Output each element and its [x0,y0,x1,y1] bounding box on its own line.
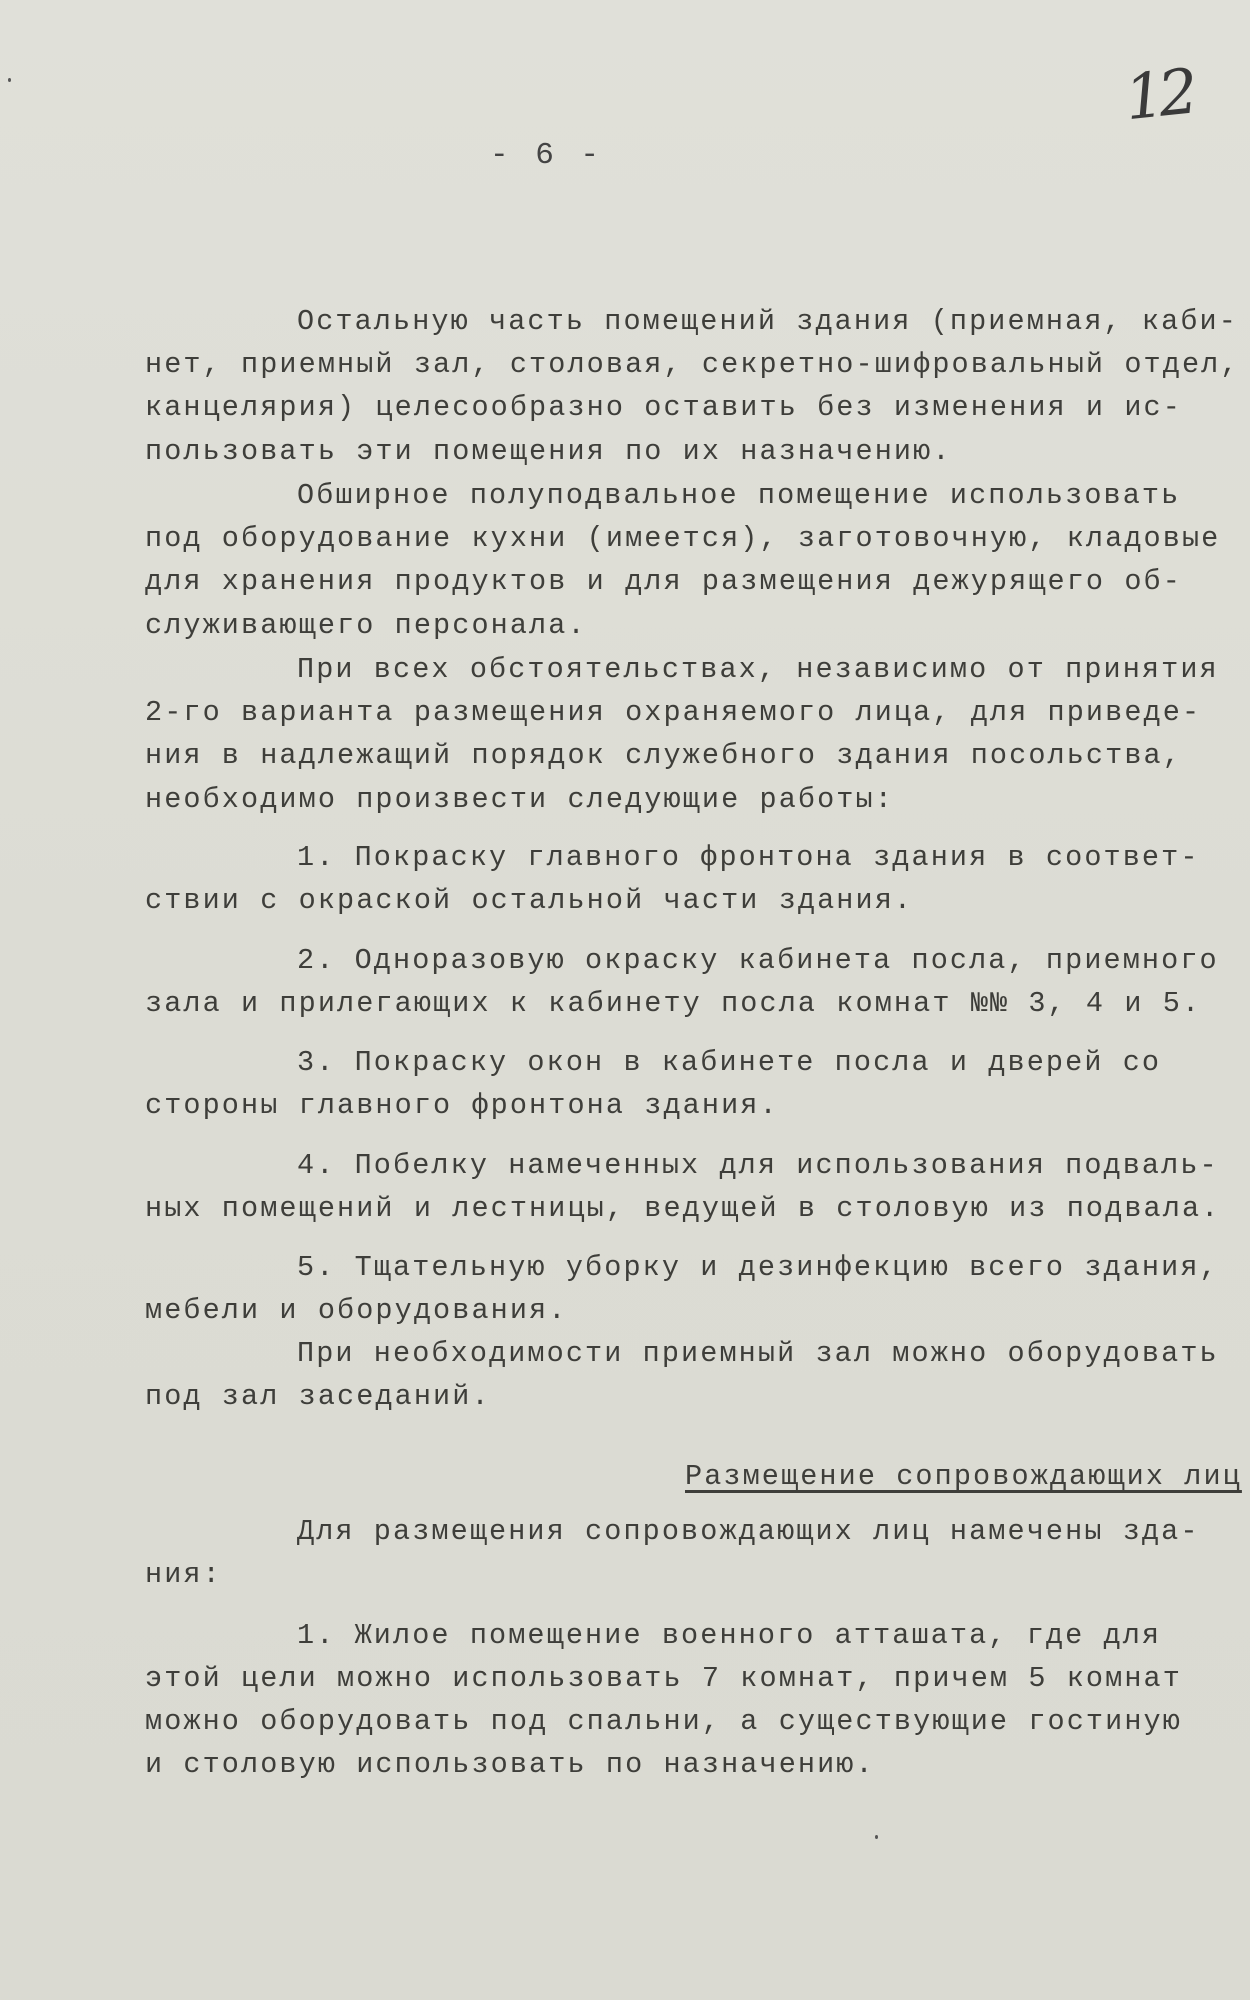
text-line: стороны главного фронтона здания. [145,1084,779,1128]
document-page: 12 - 6 - Остальную часть помещений здани… [0,0,1250,2000]
text-line: При всех обстоятельствах, независимо от … [297,648,1219,692]
text-line: 4. Побелку намеченных для использования … [297,1144,1219,1188]
text-line: 2. Одноразовую окраску кабинета посла, п… [297,939,1219,983]
text-line: При необходимости приемный зал можно обо… [297,1332,1219,1376]
text-line: можно оборудовать под спальни, а существ… [145,1700,1182,1744]
text-line: ных помещений и лестницы, ведущей в стол… [145,1187,1220,1231]
text-line: необходимо произвести следующие работы: [145,778,894,822]
paper-speck [875,1835,878,1839]
text-line: и столовую использовать по назначению. [145,1743,875,1787]
page-number: - 6 - [490,138,603,173]
text-line: под оборудование кухни (имеется), загото… [145,517,1220,561]
text-line: ния в надлежащий порядок служебного здан… [145,734,1182,778]
text-line: пользовать эти помещения по их назначени… [145,430,952,474]
text-line: Обширное полуподвальное помещение исполь… [297,474,1180,518]
text-line: 2-го варианта размещения охраняемого лиц… [145,691,1201,735]
text-line: 1. Покраску главного фронтона здания в с… [297,836,1200,880]
text-line: под зал заседаний. [145,1375,491,1419]
text-line: 3. Покраску окон в кабинете посла и двер… [297,1041,1161,1085]
paper-speck [8,78,11,82]
text-line: нет, приемный зал, столовая, секретно-ши… [145,343,1240,387]
text-line: для хранения продуктов и для размещения … [145,560,1182,604]
handwritten-folio-number: 12 [1121,55,1195,135]
text-line: мебели и оборудования. [145,1289,567,1333]
text-line: канцелярия) целесообразно оставить без и… [145,386,1182,430]
text-line: этой цели можно использовать 7 комнат, п… [145,1657,1182,1701]
text-line: Остальную часть помещений здания (приемн… [297,300,1238,344]
text-line: ствии с окраской остальной части здания. [145,879,913,923]
section-heading: Размещение сопровождающих лиц [685,1455,1242,1499]
text-line: зала и прилегающих к кабинету посла комн… [145,982,1201,1026]
text-line: Для размещения сопровождающих лиц намече… [297,1510,1200,1554]
text-line: служивающего персонала. [145,604,587,648]
text-line: 1. Жилое помещение военного атташата, гд… [297,1614,1161,1658]
text-line: ния: [145,1553,222,1597]
text-line: 5. Тщательную уборку и дезинфекцию всего… [297,1246,1219,1290]
